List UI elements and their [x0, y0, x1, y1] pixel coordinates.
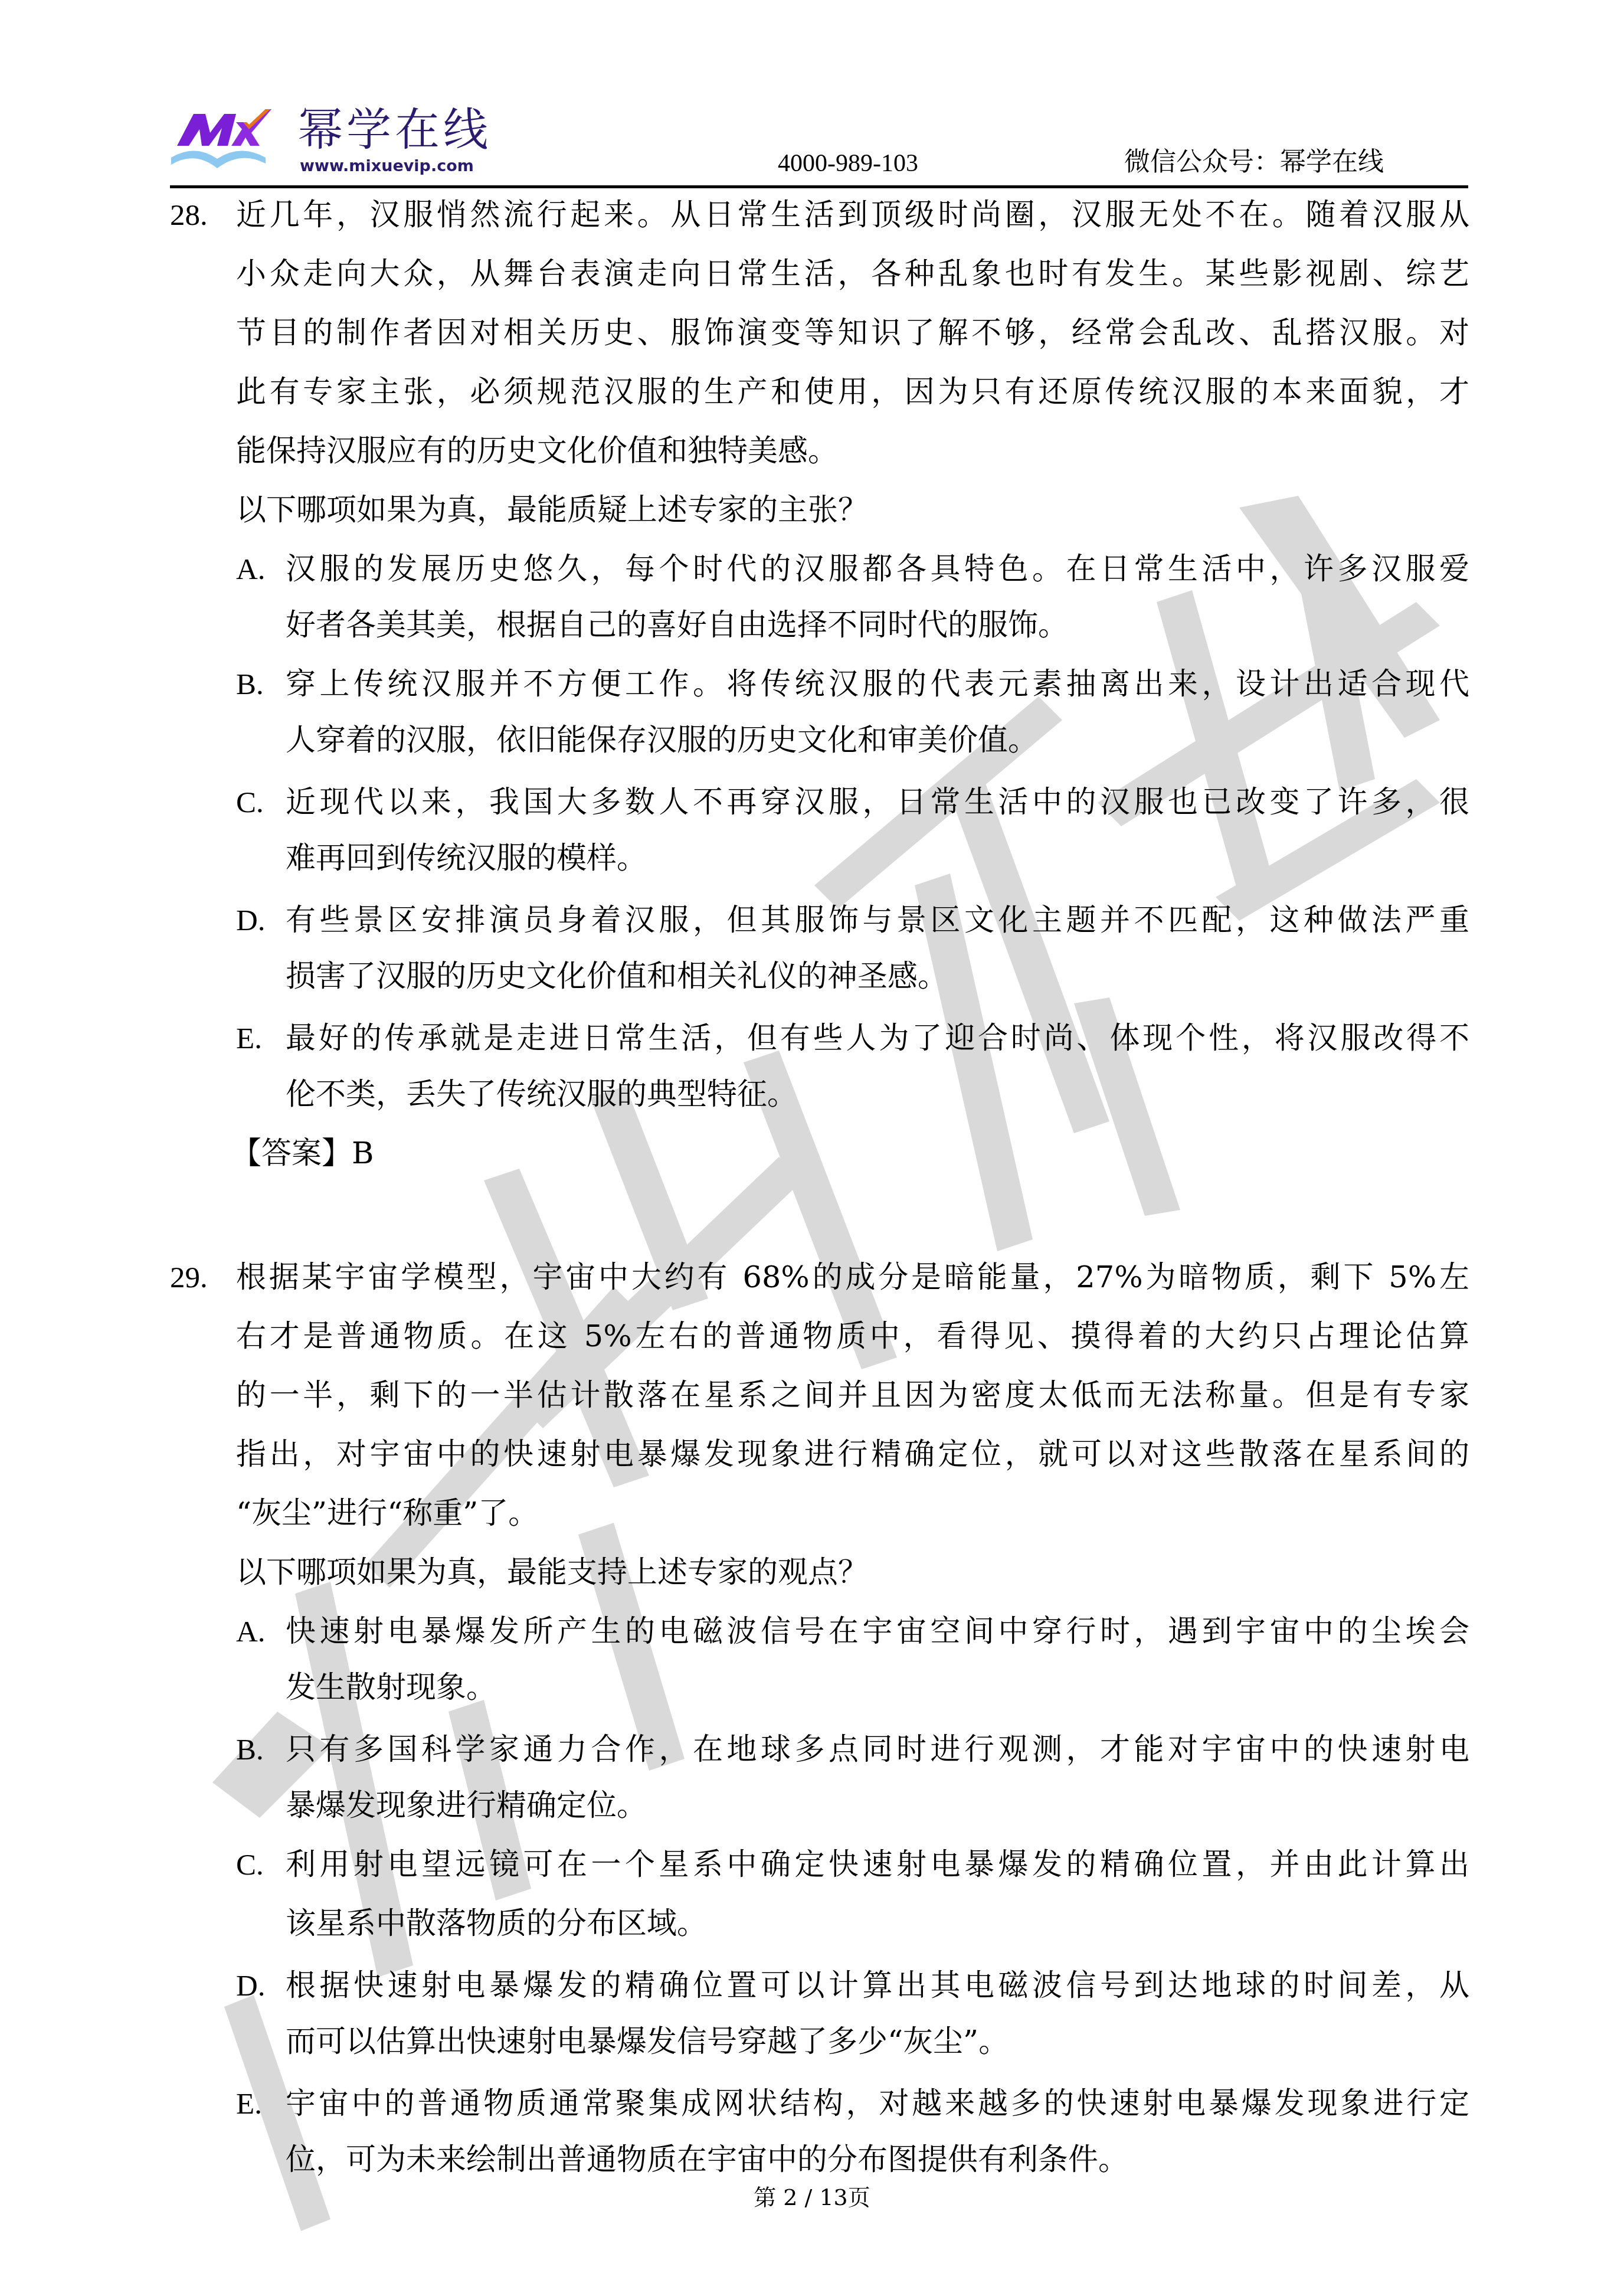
option-text-line: 最好的传承就是走进日常生活，但有些人为了迎合时尚、体现个性，将汉服改得不: [286, 1021, 1469, 1056]
option-text-line: 该星系中散落物质的分布区域。: [286, 1906, 707, 1942]
option-text-line: 人穿着的汉服，依旧能保存汉服的历史文化和审美价值。: [286, 723, 1038, 758]
option-text-line: 近现代以来，我国大多数人不再穿汉服，日常生活中的汉服也已改变了许多，很: [286, 785, 1469, 820]
option-text-line: 宇宙中的普通物质通常聚集成网状结构，对越来越多的快速射电暴爆发现象进行定: [286, 2086, 1469, 2122]
option-text-line: 发生散射现象。: [286, 1670, 496, 1706]
question-prompt: 以下哪项如果为真，最能支持上述专家的观点？: [236, 1555, 868, 1591]
option-text-line: 根据快速射电暴爆发的精确位置可以计算出其电磁波信号到达地球的时间差，从: [286, 1968, 1469, 2004]
option-label: C.: [236, 785, 264, 820]
brand-name: 幂学在线: [298, 103, 492, 156]
question-stem-line: 此有专家主张，必须规范汉服的生产和使用，因为只有还原传统汉服的本来面貌，才: [236, 375, 1469, 410]
option-text-line: 快速射电暴爆发所产生的电磁波信号在宇宙空间中穿行时，遇到宇宙中的尘埃会: [286, 1614, 1469, 1650]
option-text-line: 损害了汉服的历史文化价值和相关礼仪的神圣感。: [286, 959, 948, 995]
option-text-line: 穿上传统汉服并不方便工作。将传统汉服的代表元素抽离出来，设计出适合现代: [286, 667, 1469, 702]
page-header: 幂学在线 www.mixuevip.com 4000-989-103 微信公众号…: [0, 0, 1624, 195]
option-label: B.: [236, 1732, 264, 1768]
question-number: 29.: [170, 1260, 208, 1296]
option-label: B.: [236, 667, 264, 702]
question-prompt: 以下哪项如果为真，最能质疑上述专家的主张？: [236, 493, 868, 528]
option-text-line: 难再回到传统汉服的模样。: [286, 841, 647, 876]
question-stem-line: 能保持汉服应有的历史文化价值和独特美感。: [236, 434, 838, 469]
question-number: 28.: [170, 198, 208, 233]
option-text-line: 汉服的发展历史悠久，每个时代的汉服都各具特色。在日常生活中，许多汉服爱: [286, 552, 1469, 587]
option-text-line: 利用射电望远镜可在一个星系中确定快速射电暴爆发的精确位置，并由此计算出: [286, 1847, 1469, 1883]
header-divider: [170, 185, 1468, 188]
question-stem-line: 指出，对宇宙中的快速射电暴爆发现象进行精确定位，就可以对这些散落在星系间的: [236, 1437, 1469, 1473]
question-stem-line: 近几年，汉服悄然流行起来。从日常生活到顶级时尚圈，汉服无处不在。随着汉服从: [236, 198, 1469, 233]
option-text-line: 位，可为未来绘制出普通物质在宇宙中的分布图提供有利条件。: [286, 2142, 1128, 2178]
option-label: C.: [236, 1847, 264, 1883]
header-phone: 4000-989-103: [778, 149, 918, 178]
option-label: E.: [236, 1021, 262, 1056]
brand-logo: 幂学在线 www.mixuevip.com: [171, 103, 513, 174]
page-number: 第 2 / 13页: [0, 2184, 1624, 2211]
option-label: A.: [236, 1614, 266, 1650]
option-text-line: 只有多国科学家通力合作，在地球多点同时进行观测，才能对宇宙中的快速射电: [286, 1732, 1469, 1768]
option-text-line: 伦不类，丢失了传统汉服的典型特征。: [286, 1077, 797, 1113]
option-text-line: 好者各美其美，根据自己的喜好自由选择不同时代的服饰。: [286, 608, 1068, 643]
question-stem-line: 节目的制作者因对相关历史、服饰演变等知识了解不够，经常会乱改、乱搭汉服。对: [236, 316, 1469, 351]
option-text-line: 暴爆发现象进行精确定位。: [286, 1788, 647, 1824]
question-stem-line: 右才是普通物质。在这 5%左右的普通物质中，看得见、摸得着的大约只占理论估算: [236, 1319, 1469, 1355]
question-stem-line: 小众走向大众，从舞台表演走向日常生活，各种乱象也时有发生。某些影视剧、综艺: [236, 257, 1469, 292]
question-stem-line: 根据某宇宙学模型，宇宙中大约有 68%的成分是暗能量，27%为暗物质，剩下 5%…: [236, 1260, 1469, 1296]
question-stem-line: “灰尘”进行“称重”了。: [236, 1496, 538, 1532]
option-label: D.: [236, 1968, 266, 2004]
brand-url: www.mixuevip.com: [300, 158, 474, 175]
header-wechat: 微信公众号：幂学在线: [1124, 146, 1384, 178]
question-stem-line: 的一半，剩下的一半估计散落在星系之间并且因为密度太低而无法称量。但是有专家: [236, 1378, 1469, 1414]
option-text-line: 而可以估算出快速射电暴爆发信号穿越了多少“灰尘”。: [286, 2024, 1009, 2060]
option-label: A.: [236, 552, 266, 587]
option-label: E.: [236, 2086, 262, 2122]
answer-label: 【答案】B: [231, 1136, 374, 1172]
option-label: D.: [236, 903, 266, 938]
mx-logo-icon: [171, 109, 289, 174]
option-text-line: 有些景区安排演员身着汉服，但其服饰与景区文化主题并不匹配，这种做法严重: [286, 903, 1469, 938]
